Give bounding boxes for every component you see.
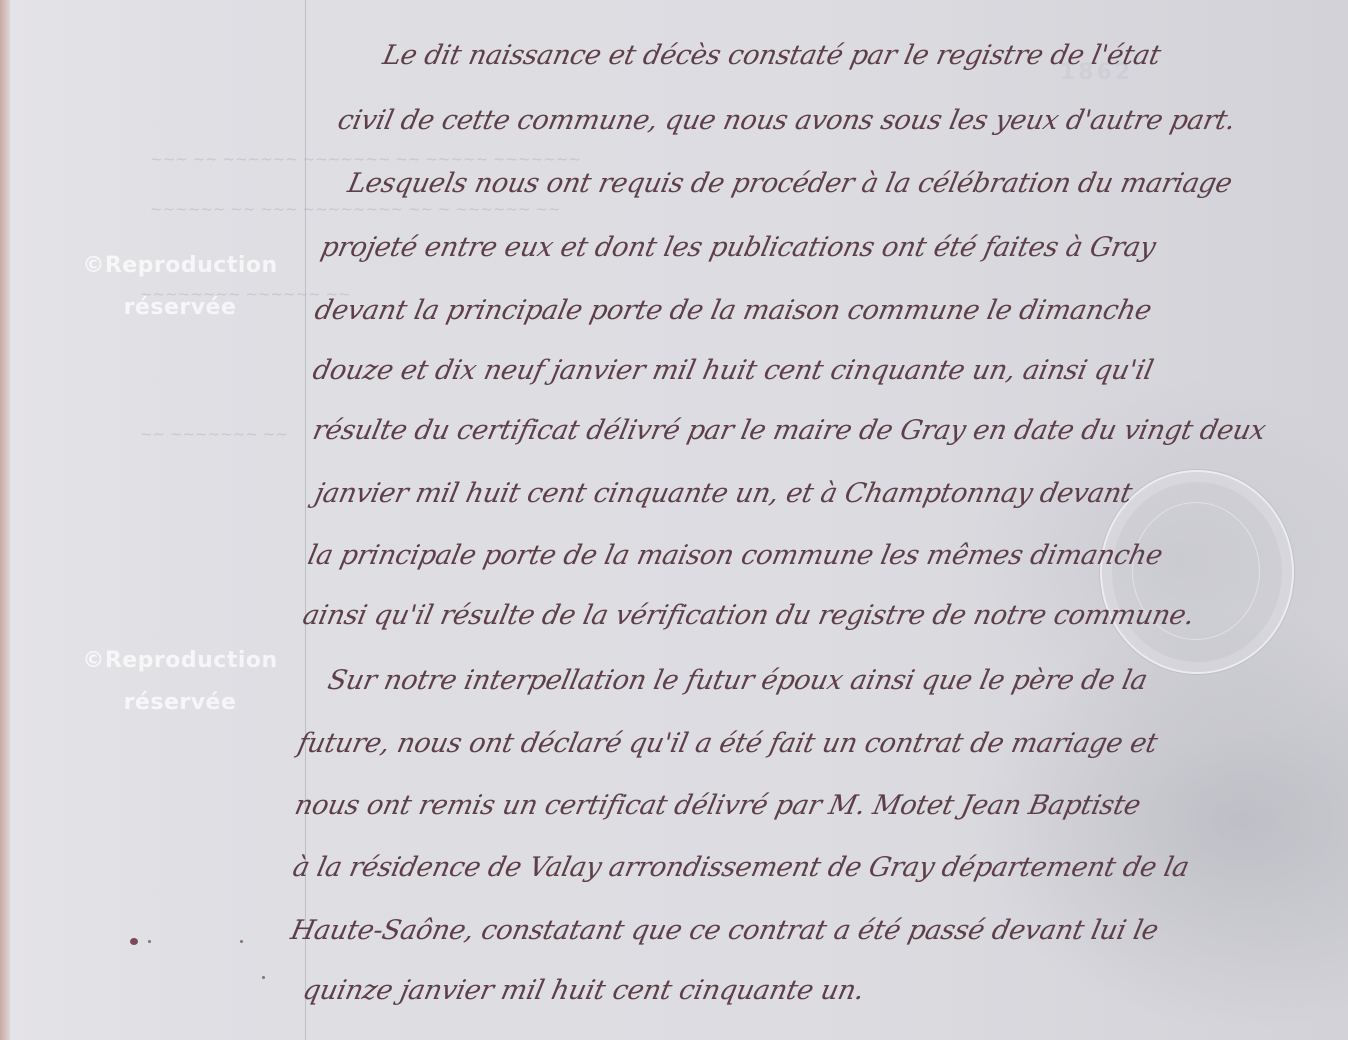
handwritten-line: janvier mil huit cent cinquante un, et à… [312, 478, 1135, 509]
handwritten-line: Lesquels nous ont requis de procéder à l… [345, 168, 1235, 199]
document-page: ~~~ ~~ ~~~~~~ ~~~~~~~ ~~ ~~~~~ ~~~~~~~ ~… [0, 0, 1348, 1040]
handwritten-text-block: Le dit naissance et décès constaté par l… [0, 0, 1348, 1040]
handwritten-line: Sur notre interpellation le futur époux … [325, 665, 1150, 696]
handwritten-line: devant la principale porte de la maison … [312, 295, 1154, 326]
handwritten-line: la principale porte de la maison commune… [305, 540, 1165, 571]
handwritten-line: Haute-Saône, constatant que ce contrat a… [288, 915, 1161, 946]
handwritten-line: nous ont remis un certificat délivré par… [292, 790, 1143, 821]
handwritten-line: à la résidence de Valay arrondissement d… [290, 852, 1192, 883]
handwritten-line: résulte du certificat délivré par le mai… [310, 415, 1268, 446]
handwritten-line: douze et dix neuf janvier mil huit cent … [310, 355, 1156, 386]
handwritten-line: ainsi qu'il résulte de la vérification d… [300, 600, 1197, 631]
handwritten-line: quinze janvier mil huit cent cinquante u… [300, 975, 867, 1006]
handwritten-line: future, nous ont déclaré qu'il a été fai… [295, 728, 1160, 759]
handwritten-line: projeté entre eux et dont les publicatio… [318, 232, 1158, 263]
handwritten-line: civil de cette commune, que nous avons s… [335, 105, 1238, 136]
handwritten-line: Le dit naissance et décès constaté par l… [380, 40, 1163, 71]
